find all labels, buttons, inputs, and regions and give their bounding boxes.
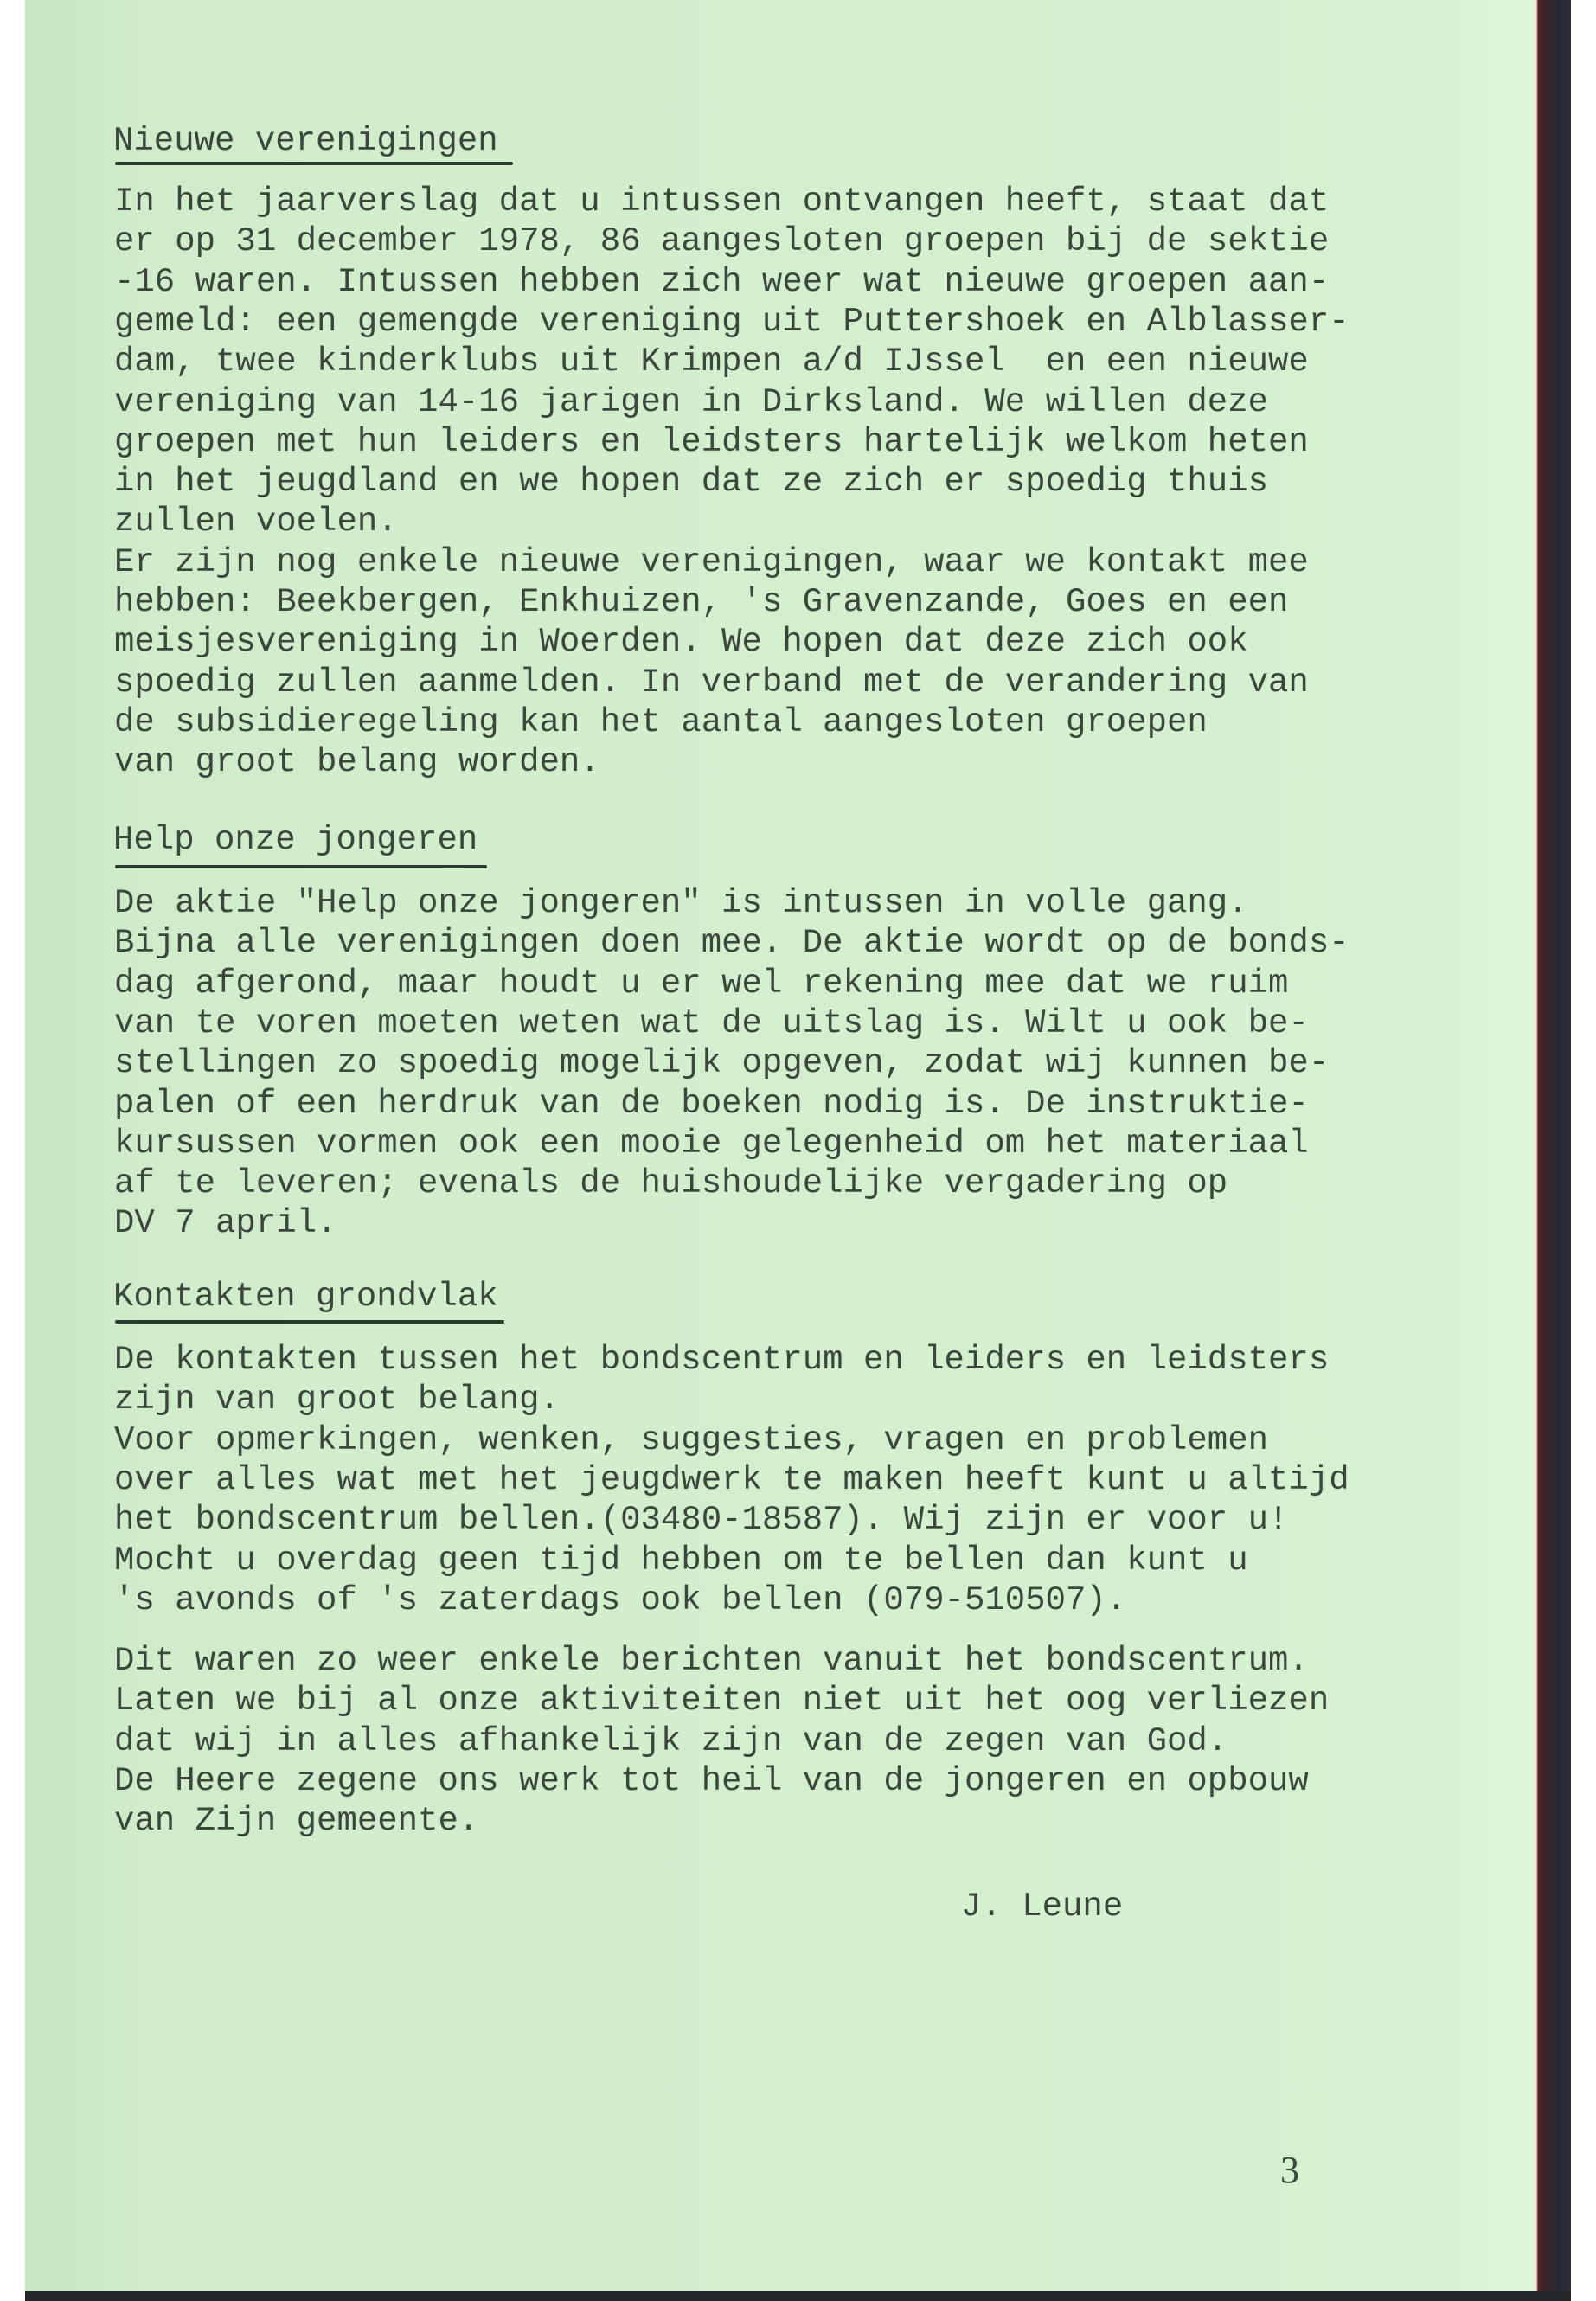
- text-line: over alles wat met het jeugdwerk te make…: [114, 1460, 1349, 1500]
- text-line: er op 31 december 1978, 86 aangesloten g…: [114, 221, 1329, 261]
- text-line: palen of een herdruk van de boeken nodig…: [114, 1084, 1309, 1124]
- text-line: zullen voelen.: [114, 502, 398, 542]
- text-line: De aktie "Help onze jongeren" is intusse…: [114, 883, 1248, 923]
- text-line: gemeld: een gemengde vereniging uit Putt…: [114, 302, 1349, 342]
- text-line: dag afgerond, maar houdt u er wel rekeni…: [114, 964, 1288, 1003]
- text-line: meisjesvereniging in Woerden. We hopen d…: [114, 622, 1248, 662]
- text-line: Laten we bij al onze aktiviteiten niet u…: [114, 1681, 1329, 1721]
- binding-edge: [1534, 0, 1571, 2301]
- bottom-edge: [25, 2291, 1571, 2301]
- text-line: De kontakten tussen het bondscentrum en …: [114, 1340, 1329, 1380]
- text-line: Er zijn nog enkele nieuwe verenigingen, …: [114, 542, 1309, 582]
- text-line: In het jaarverslag dat u intussen ontvan…: [114, 182, 1329, 221]
- text-line: af te leveren; evenals de huishoudelijke…: [114, 1163, 1227, 1203]
- text-line: -16 waren. Intussen hebben zich weer wat…: [114, 262, 1329, 302]
- signature: J. Leune: [961, 1887, 1123, 1926]
- text-line: kursussen vormen ook een mooie gelegenhe…: [114, 1124, 1309, 1163]
- text-line: stellingen zo spoedig mogelijk opgeven, …: [114, 1043, 1329, 1083]
- section-heading-nieuwe-verenigingen: Nieuwe verenigingen: [113, 121, 498, 161]
- text-line: groepen met hun leiders en leidsters har…: [114, 422, 1309, 462]
- heading-underline: [115, 1320, 504, 1324]
- text-line: De Heere zegene ons werk tot heil van de…: [114, 1761, 1309, 1801]
- text-line: hebben: Beekbergen, Enkhuizen, 's Graven…: [114, 582, 1288, 622]
- text-line: dam, twee kinderklubs uit Krimpen a/d IJ…: [114, 342, 1309, 381]
- text-line: 's avonds of 's zaterdags ook bellen (07…: [114, 1580, 1126, 1620]
- page-number: 3: [1280, 2149, 1299, 2192]
- text-line: zijn van groot belang.: [114, 1380, 560, 1420]
- text-line: Voor opmerkingen, wenken, suggesties, vr…: [114, 1420, 1268, 1460]
- text-line: DV 7 april.: [114, 1203, 337, 1243]
- text-line: van groot belang worden.: [114, 742, 600, 782]
- text-line: van Zijn gemeente.: [114, 1801, 478, 1841]
- section-heading-kontakten-grondvlak: Kontakten grondvlak: [113, 1277, 498, 1317]
- heading-underline: [115, 865, 487, 868]
- text-line: de subsidieregeling kan het aantal aange…: [114, 702, 1208, 742]
- heading-underline: [115, 162, 513, 165]
- text-line: het bondscentrum bellen.(03480-18587). W…: [114, 1500, 1288, 1540]
- text-line: Mocht u overdag geen tijd hebben om te b…: [114, 1541, 1248, 1580]
- section-heading-help-onze-jongeren: Help onze jongeren: [113, 820, 478, 860]
- text-line: van te voren moeten weten wat de uitslag…: [114, 1003, 1309, 1043]
- text-line: Dit waren zo weer enkele berichten vanui…: [114, 1641, 1309, 1681]
- text-line: spoedig zullen aanmelden. In verband met…: [114, 663, 1309, 702]
- text-line: vereniging van 14-16 jarigen in Dirkslan…: [114, 382, 1268, 422]
- text-line: Bijna alle verenigingen doen mee. De akt…: [114, 923, 1349, 963]
- text-line: in het jeugdland en we hopen dat ze zich…: [114, 462, 1268, 502]
- text-line: dat wij in alles afhankelijk zijn van de…: [114, 1721, 1227, 1761]
